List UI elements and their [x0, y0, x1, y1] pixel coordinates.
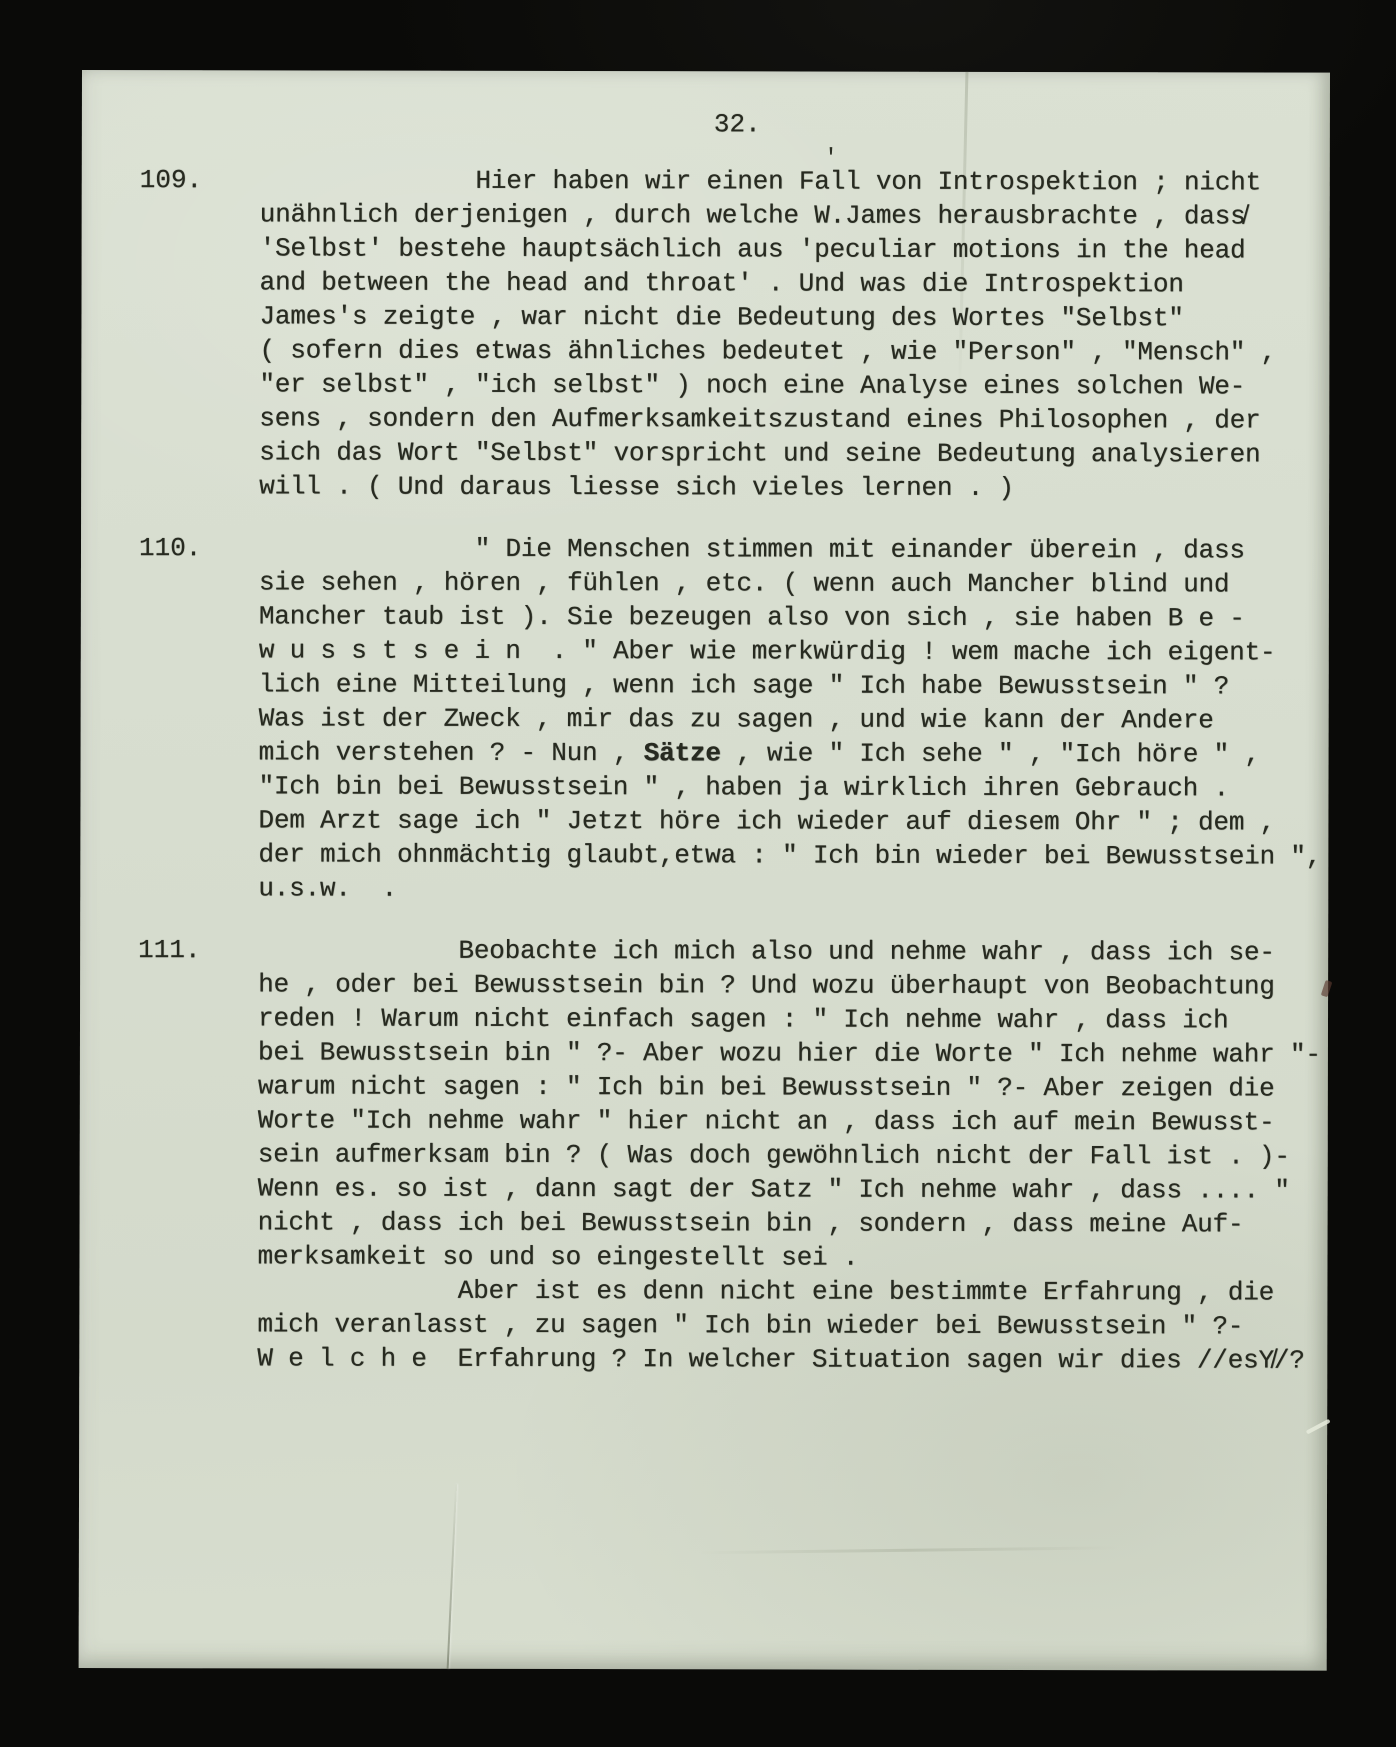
paragraph: 111. Beobachte ich mich also und nehme w… — [257, 933, 1338, 1377]
text-line: der mich ohnmächtig glaubt,etwa : " Ich … — [258, 837, 1338, 873]
text-line: unähnlich derjenigen , durch welche W.Ja… — [260, 197, 1340, 233]
text-line: Wenn es. so ist , dann sagt der Satz " I… — [258, 1171, 1338, 1207]
text-line: sich das Wort "Selbst" vorspricht und se… — [259, 435, 1339, 471]
text-line: warum nicht sagen : " Ich bin bei Bewuss… — [258, 1069, 1338, 1105]
text-column: 109. Hier haben wir einen Fall von Intro… — [257, 163, 1340, 1377]
text-line: Beobachte ich mich also und nehme wahr ,… — [258, 933, 1338, 969]
text-line: mich veranlasst , zu sagen " Ich bin wie… — [257, 1307, 1337, 1343]
bold-word: Sätze — [644, 738, 721, 768]
paper-edge-tear — [1306, 1419, 1331, 1435]
paper-crease — [447, 1484, 457, 1669]
text-line: sie sehen , hören , fühlen , etc. ( wenn… — [259, 565, 1339, 601]
scan-background: 32. ' 109. Hier haben wir einen Fall von… — [0, 0, 1396, 1747]
document-page: 32. ' 109. Hier haben wir einen Fall von… — [79, 70, 1330, 1671]
text-line: bei Bewusstsein bin " ?- Aber wozu hier … — [258, 1035, 1338, 1071]
text-line: reden ! Warum nicht einfach sagen : " Ic… — [258, 1001, 1338, 1037]
text-line: u.s.w. . — [258, 871, 1338, 907]
text-line: Aber ist es denn nicht eine bestimmte Er… — [257, 1273, 1337, 1309]
page-number: 32. — [714, 107, 761, 141]
text-line: James's zeigte , war nicht die Bedeutung… — [259, 299, 1339, 335]
paragraph-number: 109. — [140, 163, 202, 197]
text-line: W e l c h e Erfahrung ? In welcher Situa… — [257, 1341, 1337, 1377]
text-line: "er selbst" , "ich selbst" ) noch eine A… — [259, 367, 1339, 403]
paragraph-number: 111. — [138, 933, 200, 967]
text-line: 'Selbst' bestehe hauptsächlich aus 'pecu… — [260, 231, 1340, 267]
text-line: sens , sondern den Aufmerksamkeitszustan… — [259, 401, 1339, 437]
paragraph: 110. " Die Menschen stimmen mit einander… — [258, 531, 1339, 907]
text-line: w u s s t s e i n . " Aber wie merkwürdi… — [259, 633, 1339, 669]
text-line: mich verstehen ? - Nun , Sätze , wie " I… — [259, 735, 1339, 771]
text-line: Worte "Ich nehme wahr " hier nicht an , … — [258, 1103, 1338, 1139]
text-line: Dem Arzt sage ich " Jetzt höre ich wiede… — [258, 803, 1338, 839]
paragraph: 109. Hier haben wir einen Fall von Intro… — [259, 163, 1340, 505]
text-line: and between the head and throat' . Und w… — [260, 265, 1340, 301]
text-line: " Die Menschen stimmen mit einander über… — [259, 531, 1339, 567]
text-line: Hier haben wir einen Fall von Introspekt… — [260, 163, 1340, 199]
text-line: nicht , dass ich bei Bewusstsein bin , s… — [258, 1205, 1338, 1241]
paper-crease — [699, 1546, 1119, 1554]
text-line: ( sofern dies etwas ähnliches bedeutet ,… — [259, 333, 1339, 369]
text-line: lich eine Mitteilung , wenn ich sage " I… — [259, 667, 1339, 703]
text-line: he , oder bei Bewusstsein bin ? Und wozu… — [258, 967, 1338, 1003]
paragraph-number: 110. — [139, 531, 201, 565]
text-line: sein aufmerksam bin ? ( Was doch gewöhnl… — [258, 1137, 1338, 1173]
text-line: will . ( Und daraus liesse sich vieles l… — [259, 469, 1339, 505]
text-line: merksamkeit so und so eingestellt sei . — [257, 1239, 1337, 1275]
text-line: Was ist der Zweck , mir das zu sagen , u… — [259, 701, 1339, 737]
text-line: Mancher taub ist ). Sie bezeugen also vo… — [259, 599, 1339, 635]
text-line: "Ich bin bei Bewusstsein " , haben ja wi… — [258, 769, 1338, 805]
